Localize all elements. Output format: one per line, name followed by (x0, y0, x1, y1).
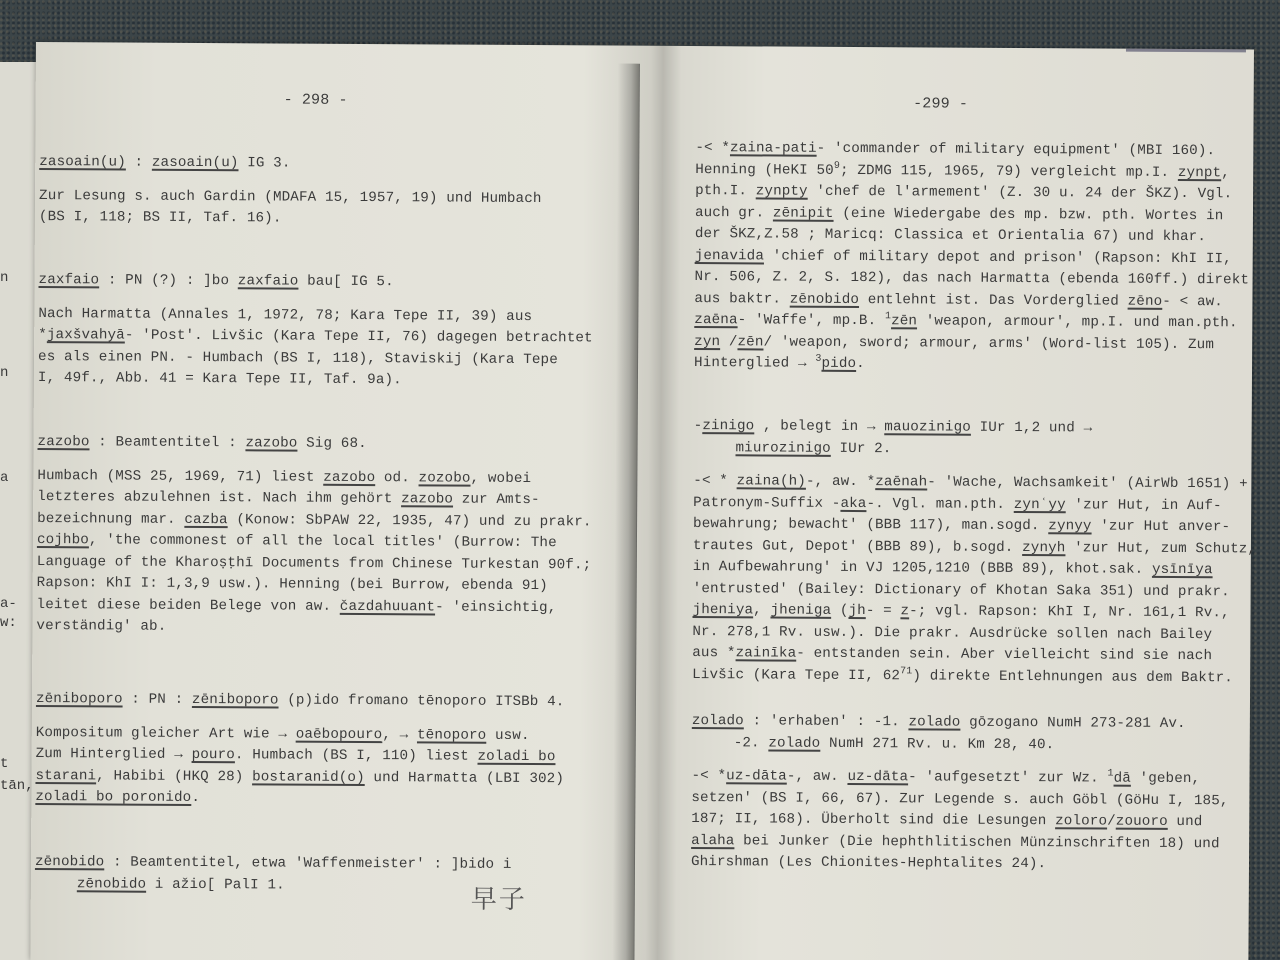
text-line: aus *zainīka- entstanden sein. Aber viel… (692, 643, 1280, 668)
text-segment: . Humbach (BS I, 110) liest (235, 747, 478, 764)
headword-term: zaina-pati (730, 140, 817, 157)
text-line: verständig' ab. (36, 616, 616, 641)
text-segment: - 'commander of military equipment' (MBI… (817, 141, 1216, 159)
headword-term: zozobo (419, 470, 471, 486)
headword-term: zoladi bo poronido (35, 789, 191, 806)
text-line: Zum Hinterglied → pouro. Humbach (BS I, … (36, 744, 616, 769)
text-segment: , (753, 602, 770, 618)
dictionary-entry: zolado : 'erhaben' : -1. zolado gōzogano… (691, 711, 1280, 877)
text-segment: Kompositum gleicher Art wie (36, 725, 279, 742)
headword-term: zynyh (1022, 540, 1065, 556)
text-segment: Humbach (MSS 25, 1969, 71) liest (37, 468, 323, 486)
headword-term: uz-dāta (726, 768, 787, 784)
text-segment: - entstanden sein. Aber vielleicht sind … (796, 646, 1212, 665)
text-line: letzteres abzulehnen ist. Nach ihm gehör… (37, 487, 617, 512)
text-segment: 187; II, 168). Überholt sind die Lesunge… (691, 811, 1055, 829)
book-spread: - 298 - zasoain(u) : zasoain(u) IG 3. Zu… (30, 42, 1254, 960)
text-segment: -< * (691, 768, 726, 784)
text-segment: 'chief of military depot and prison' (Ra… (764, 248, 1232, 267)
text-segment: 'zur Hut, in Auf- (1066, 497, 1222, 514)
text-segment: leitet diese beiden Belege von aw. (37, 597, 340, 615)
text-segment: (BS I, 118; BS II, Taf. 16). (39, 209, 282, 226)
text-segment: zur Amts- (453, 492, 540, 509)
text-segment: . (856, 356, 865, 372)
text-line: zaēna- 'Waffe', mp.B. 1zēn 'weapon, armo… (694, 310, 1280, 335)
headword-term: pido (821, 356, 856, 372)
headword-term: zynpt (1178, 164, 1221, 180)
headword-term: zasoain(u) (152, 155, 239, 172)
headword-term: zēnipit (773, 205, 834, 221)
text-line: Rapson: KhI I: 1,3,9 usw.). Henning (bei… (37, 573, 617, 598)
headword-term: miurozinigo (735, 440, 830, 457)
text-segment: ; ZDMG 115, 1965, 79) vergleicht mp.I. (840, 162, 1178, 180)
text-segment: - 'Post'. Livšic (Kara Tepe II, 76) dage… (125, 328, 593, 347)
text-segment: : 'erhaben' : -1. (744, 713, 909, 730)
headword-term: alaha (691, 833, 734, 849)
text-segment: verständig' ab. (36, 618, 166, 635)
headword-term: zaēna (694, 312, 737, 328)
text-segment: Zum Hinterglied (36, 746, 175, 763)
headword-term: jheniga (770, 602, 831, 618)
text-segment: gōzogano NumH 273-281 Av. (960, 715, 1185, 732)
headword-term: zazobo (245, 435, 297, 451)
dictionary-entry: zaxfaio : PN (?) : ]bo zaxfaio bau[ IG 5… (38, 270, 619, 393)
headword-term: zēn (737, 334, 763, 350)
headword-term: cojhbo (37, 532, 89, 548)
headword-term: zaxfaio (38, 272, 99, 288)
text-segment: , Habibi (HKQ 28) (96, 768, 252, 785)
text-segment: (eine Wiedergabe des mp. bzw. pth. Worte… (834, 205, 1224, 223)
dictionary-entry: zēnobido : Beamtentitel, etwa 'Waffenmei… (35, 852, 615, 899)
text-segment: -, aw. (787, 769, 848, 785)
text-line: (BS I, 118; BS II, Taf. 16). (39, 207, 619, 232)
headword-term: zouoro (1116, 814, 1168, 830)
text-segment: , (1221, 165, 1230, 181)
text-line: zasoain(u) : zasoain(u) IG 3. (39, 152, 619, 177)
text-segment: IUr 2. (831, 440, 892, 456)
headword-term: zaxfaio (238, 273, 299, 289)
text-line: Ghirshman (Les Chionites-Hephtalites 24)… (691, 852, 1280, 877)
text-line: zazobo : Beamtentitel : zazobo Sig 68. (37, 432, 617, 457)
superscript: 71 (900, 666, 912, 677)
headword-term: zolado (908, 714, 960, 730)
dictionary-entry: -< *zaina-pati- 'commander of military e… (694, 138, 1280, 378)
headword-term: ysīnīya (1152, 562, 1213, 578)
headword-term: zēnobido (77, 876, 146, 892)
text-line: pth.I. zynpty 'chef de l'armement' (Z. 3… (695, 181, 1280, 206)
headword-term: jenavida (695, 248, 764, 264)
text-segment: IG 3. (238, 155, 290, 171)
headword-term: zolado (692, 713, 744, 729)
text-segment: : PN : (123, 692, 192, 708)
text-segment: Nr. 506, Z. 2, S. 182), das nach Harmatt… (695, 269, 1250, 288)
dictionary-entry: -< * zaina(h)-, aw. *zaēnah- 'Wache, Wac… (692, 471, 1280, 690)
text-segment: : PN (?) : ]bo (99, 272, 238, 289)
text-line: in Aufbewahrung' in VJ 1205,1210 (BBB 89… (693, 557, 1280, 582)
text-segment (287, 726, 296, 742)
text-segment: 'zur Hut, zum Schutz, (1065, 540, 1256, 557)
text-line: *jaxšvahyā- 'Post'. Livšic (Kara Tepe II… (38, 325, 618, 350)
text-line: zēnobido : Beamtentitel, etwa 'Waffenmei… (35, 852, 615, 877)
text-segment: 'zur Hut anver- (1092, 518, 1231, 535)
text-segment: 'weapon, armour', mp.I. und man.pth. (917, 313, 1238, 331)
text-segment: : Beamtentitel : (89, 434, 245, 451)
text-segment: . (191, 790, 200, 806)
text-segment: bewahrung; bewacht' (BBB 117), man.sogd. (693, 516, 1048, 534)
headword-term: jheniya (692, 602, 753, 618)
text-segment: - 'Waffe', mp.B. (738, 312, 885, 329)
text-line: bewahrung; bewacht' (BBB 117), man.sogd.… (693, 514, 1280, 539)
headword-term: zēnobido (35, 854, 104, 870)
text-segment: , (382, 727, 399, 743)
page-number-left: - 298 - (26, 88, 606, 113)
text-segment: bau[ IG 5. (298, 274, 393, 291)
text-line: -< * zaina(h)-, aw. *zaēnah- 'Wache, Wac… (693, 471, 1280, 496)
headword-term: z (900, 603, 909, 619)
text-segment: es als einen PN. - Humbach (BS I, 118), … (38, 349, 558, 368)
text-segment: Hinterglied (694, 355, 798, 372)
headword-term: zoloro (1055, 813, 1107, 829)
text-segment: (p)ido fromano tēnoporo ITSBb 4. (279, 692, 565, 710)
text-segment: Language of the Kharoṣṭhī Documents from… (37, 554, 592, 573)
text-segment: pth.I. (695, 183, 756, 199)
text-segment: -2. (734, 735, 769, 751)
text-segment: / (1107, 814, 1116, 830)
headword-term: bostaranid(o) (252, 769, 365, 786)
headword-term: aka (840, 495, 866, 511)
text-line: Nr. 506, Z. 2, S. 182), das nach Harmatt… (695, 267, 1280, 292)
text-segment: -. Vgl. man.pth. (866, 496, 1013, 513)
headword-term: zēniboporo (192, 692, 279, 709)
text-segment: / 'weapon, sword; armour, arms' (Word-li… (763, 334, 1214, 353)
text-segment: Nr. 278,1 Rv. usw.). Die prakr. Ausdrück… (692, 624, 1212, 643)
text-segment: : (126, 155, 152, 171)
text-segment: usw. (486, 727, 529, 743)
headword-term: zinigo (702, 418, 754, 434)
text-line: -< *uz-dāta-, aw. uz-dāta- 'aufgesetzt' … (691, 766, 1280, 791)
text-segment: in Aufbewahrung' in VJ 1205,1210 (BBB 89… (693, 559, 1152, 578)
dictionary-entry: zasoain(u) : zasoain(u) IG 3. Zur Lesung… (39, 152, 619, 232)
text-segment (183, 747, 192, 763)
text-segment: - 'Wache, Wachsamkeit' (AirWb 1651) + (927, 474, 1248, 492)
text-segment: i ažio[ PalI 1. (146, 876, 285, 893)
headword-term: zolado (768, 735, 820, 751)
headword-term: zazobo (401, 491, 453, 507)
text-segment: letzteres abzulehnen ist. Nach ihm gehör… (37, 489, 401, 507)
text-line: zēniboporo : PN : zēniboporo (p)ido from… (36, 689, 616, 714)
text-segment: Sig 68. (297, 436, 366, 452)
text-segment: Henning (HeKI 50 (695, 162, 834, 179)
headword-term: zynʿyy (1014, 496, 1066, 512)
headword-term: zazobo (38, 434, 90, 450)
headword-term: jaxšvahyā (47, 327, 125, 343)
headword-term: zoladi bo (477, 749, 555, 765)
text-segment: der ŠKZ,Z.58 ; Maricq: Classica et Orien… (695, 226, 1206, 245)
text-segment: und (1168, 814, 1203, 830)
arrow-icon: → (1084, 418, 1093, 440)
text-segment: ( (831, 603, 848, 619)
headword-term: zēn (891, 313, 917, 329)
text-line: zoladi bo poronido. (35, 787, 615, 812)
text-segment (876, 419, 885, 435)
headword-term: oaēbopouro (296, 726, 383, 743)
text-segment: : Beamtentitel, etwa 'Waffenmeister' : ]… (104, 854, 511, 872)
text-segment: Nach Harmatta (Annales 1, 1972, 78; Kara… (38, 306, 532, 325)
text-segment: , belegt in (754, 418, 867, 435)
text-segment: , wobei (471, 470, 532, 486)
headword-term: zazobo (323, 469, 375, 485)
text-segment: aus baktr. (694, 291, 789, 308)
dictionary-entry: zazobo : Beamtentitel : zazobo Sig 68. H… (36, 432, 617, 641)
text-segment: - = (866, 603, 901, 619)
text-segment: I, 49f., Abb. 41 = Kara Tepe II, Taf. 9a… (38, 370, 402, 388)
headword-term: zyn (694, 334, 720, 350)
text-line: cojhbo, 'the commonest of all the local … (37, 530, 617, 555)
text-segment: / (720, 334, 737, 350)
headword-term: zēniboporo (36, 691, 123, 708)
text-segment: bei Junker (Die hephthlitischen Münzinsc… (734, 833, 1219, 852)
text-line: jheniya, jheniga (jh- = z-; vgl. Rapson:… (692, 600, 1280, 625)
text-segment: -; vgl. Rapson: KhI I, Nr. 161,1 Rv., (909, 603, 1230, 621)
headword-term: zynyy (1048, 518, 1091, 534)
headword-term: starani (35, 768, 96, 784)
text-segment: 'chef de l'armement' (Z. 30 u. 24 der ŠK… (808, 184, 1233, 203)
arrow-icon: → (867, 417, 876, 439)
text-segment: bezeichnung mar. (37, 511, 184, 528)
arrow-icon: → (400, 725, 409, 747)
headword-term: zēno (1128, 293, 1163, 309)
text-line: Hinterglied → 3pido. (694, 353, 1280, 378)
text-segment: Rapson: KhI I: 1,3,9 usw.). Henning (bei… (37, 575, 548, 594)
text-segment: - (694, 418, 703, 434)
headword-term: dā (1114, 771, 1131, 787)
headword-term: pouro (192, 747, 235, 763)
text-line: I, 49f., Abb. 41 = Kara Tepe II, Taf. 9a… (38, 368, 618, 393)
text-segment: setzen' (BS I, 66, 67). Zur Legende s. a… (691, 790, 1228, 809)
text-line: Livšic (Kara Tepe II, 6271) direkte Entl… (692, 665, 1280, 690)
text-segment: Zur Lesung s. auch Gardin (MDAFA 15, 195… (39, 188, 542, 207)
text-segment: Patronym-Suffix - (693, 495, 840, 512)
text-line: miurozinigo IUr 2. (693, 438, 1280, 463)
text-segment: Ghirshman (Les Chionites-Hephtalites 24)… (691, 854, 1046, 872)
headword-term: čazdahuuant (340, 598, 435, 615)
text-segment: * (38, 327, 47, 343)
text-segment: -< * (695, 140, 730, 156)
page-left: - 298 - zasoain(u) : zasoain(u) IG 3. Zu… (36, 42, 616, 46)
text-line: 187; II, 168). Überholt sind die Lesunge… (691, 809, 1280, 834)
headword-term: mauozinigo (884, 419, 971, 436)
text-segment: trautes Gut, Depot' (BBB 89), b.sogd. (693, 538, 1022, 556)
text-segment: -, aw. * (806, 474, 875, 490)
headword-term: tēnoporo (417, 727, 486, 743)
text-line: -< *zaina-pati- 'commander of military e… (695, 138, 1280, 163)
text-segment: - 'einsichtig, (435, 599, 556, 616)
headword-term: zaēnah (875, 474, 927, 490)
text-segment: ) direkte Entlehnungen aus dem Baktr. (912, 668, 1233, 686)
headword-term: zēnobido (790, 291, 859, 307)
text-segment: auch gr. (695, 205, 773, 221)
text-line: -zinigo , belegt in → mauozinigo IUr 1,2… (694, 416, 1280, 441)
text-segment: Livšic (Kara Tepe II, 62 (692, 667, 900, 684)
text-segment: IUr 1,2 und (971, 420, 1084, 437)
headword-term: cazba (184, 511, 227, 527)
text-segment: und Harmatta (LBI 302) (365, 770, 564, 787)
text-segment: (Konow: SbPAW 22, 1935, 47) und zu prakr… (228, 512, 592, 530)
text-line: zolado : 'erhaben' : -1. zolado gōzogano… (692, 711, 1280, 736)
dictionary-entry: zēniboporo : PN : zēniboporo (p)ido from… (35, 689, 616, 812)
text-line: zēnobido i ažio[ PalI 1. (35, 874, 615, 899)
text-segment: - 'aufgesetzt' zur Wz. (908, 769, 1107, 786)
headword-term: zainīka (736, 645, 797, 661)
text-segment: aus * (692, 645, 735, 661)
text-segment: -< * (693, 473, 736, 489)
dictionary-entry: -zinigo , belegt in → mauozinigo IUr 1,2… (693, 416, 1280, 463)
headword-term: zasoain(u) (39, 154, 126, 171)
page-number-right: -299 - (646, 92, 1236, 117)
text-segment: - < aw. (1162, 293, 1223, 309)
headword-term: zynpty (756, 183, 808, 199)
arrow-icon: → (798, 354, 807, 376)
handwritten-note: 早子 (471, 890, 527, 912)
headword-term: jh (848, 603, 865, 619)
text-line: der ŠKZ,Z.58 ; Maricq: Classica et Orien… (695, 224, 1280, 249)
text-segment: od. (375, 470, 418, 486)
headword-term: uz-dāta (847, 769, 908, 785)
top-rule (1126, 49, 1246, 53)
text-line: -2. zolado NumH 271 Rv. u. Km 28, 40. (692, 733, 1280, 758)
text-line: zaxfaio : PN (?) : ]bo zaxfaio bau[ IG 5… (38, 270, 618, 295)
text-segment: 'geben, (1131, 771, 1200, 787)
headword-term: zaina(h) (737, 473, 806, 489)
text-segment: NumH 271 Rv. u. Km 28, 40. (820, 735, 1054, 752)
text-segment: entlehnt ist. Das Vorderglied (859, 292, 1128, 310)
text-segment: 'entrusted' (Bailey: Dictionary of Khota… (693, 581, 1230, 600)
text-segment: , 'the commonest of all the local titles… (89, 532, 557, 551)
